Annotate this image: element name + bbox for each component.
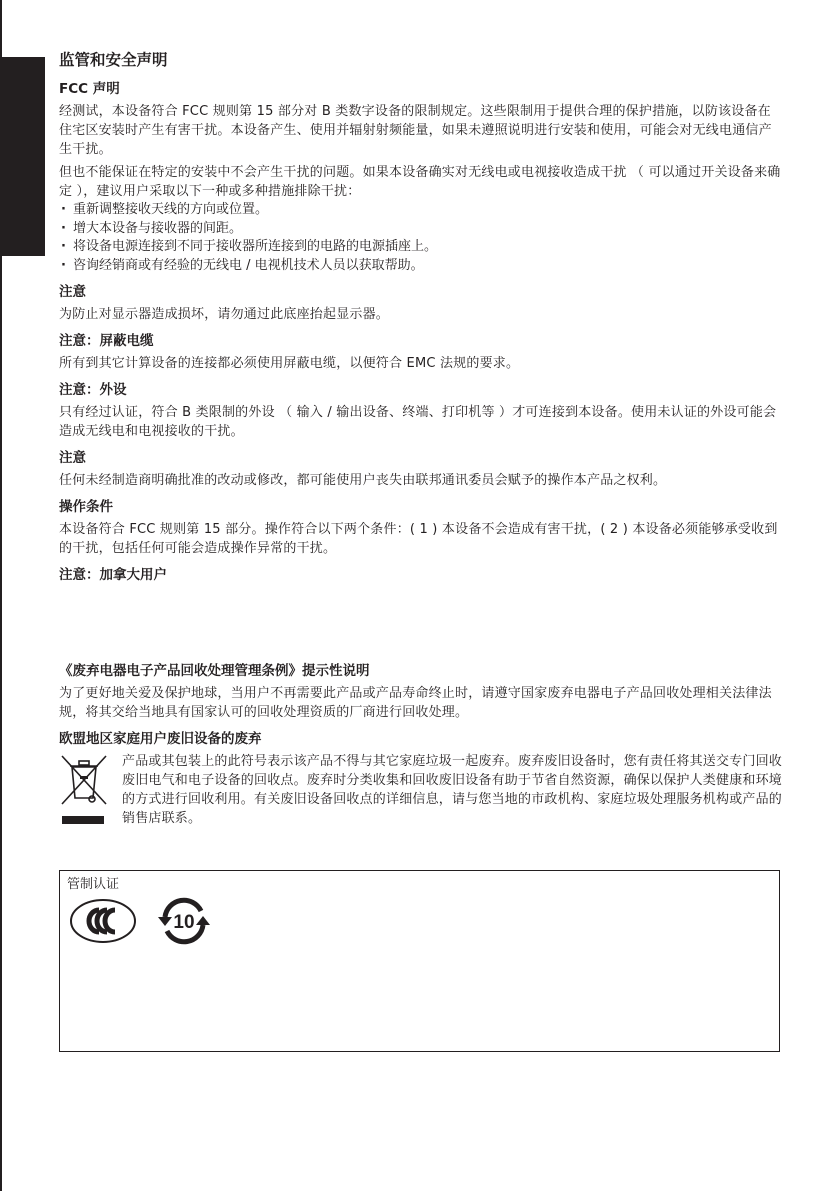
chapter-tab-marker <box>0 57 45 256</box>
section-heading-fcc: FCC 声明 <box>59 80 783 98</box>
crossed-out-wheelie-bin-icon <box>59 752 109 828</box>
fcc-paragraph-1: 经测试，本设备符合 FCC 规则第 15 部分对 B 类数字设备的限制规定。这些… <box>59 102 783 159</box>
section-heading-notice: 注意 <box>59 283 783 301</box>
list-item: 重新调整接收天线的方向或位置。 <box>59 201 783 220</box>
section-heading-notice-2: 注意 <box>59 449 783 467</box>
certification-logos: 10 <box>69 895 213 951</box>
section-heading-recycling: 《废弃电器电子产品回收处理管理条例》提示性说明 <box>59 662 783 680</box>
certification-box: 管制认证 10 <box>59 870 780 1052</box>
ccc-mark-icon <box>69 897 137 949</box>
modifications-paragraph: 任何未经制造商明确批准的改动或修改，都可能使用户丧失由联邦通讯委员会赋予的操作本… <box>59 471 783 490</box>
efup-10-icon: 10 <box>155 895 213 951</box>
peripherals-paragraph: 只有经过认证，符合 B 类限制的外设 （ 输入 / 输出设备、终端、打印机等 ）… <box>59 403 783 441</box>
section-heading-shielded-cables: 注意：屏蔽电缆 <box>59 332 783 350</box>
weee-paragraph: 产品或其包装上的此符号表示该产品不得与其它家庭垃圾一起废弃。废弃废旧设备时，您有… <box>122 752 783 828</box>
section-heading-peripherals: 注意：外设 <box>59 381 783 399</box>
list-item: 将设备电源连接到不同于接收器所连接到的电路的电源插座上。 <box>59 238 783 257</box>
section-heading-weee: 欧盟地区家庭用户废旧设备的废弃 <box>59 730 783 748</box>
certification-label: 管制认证 <box>67 873 119 892</box>
page-title: 监管和安全声明 <box>59 50 783 70</box>
fcc-paragraph-2: 但也不能保证在特定的安装中不会产生干扰的问题。如果本设备确实对无线电或电视接收造… <box>59 163 783 201</box>
section-heading-canada-users: 注意：加拿大用户 <box>59 566 783 584</box>
recycling-paragraph: 为了更好地关爱及保护地球，当用户不再需要此产品或产品寿命终止时，请遵守国家废弃电… <box>59 684 783 722</box>
list-item: 增大本设备与接收器的间距。 <box>59 220 783 239</box>
svg-text:10: 10 <box>173 912 194 933</box>
shielded-cables-paragraph: 所有到其它计算设备的连接都必须使用屏蔽电缆，以便符合 EMC 法规的要求。 <box>59 354 783 373</box>
section-heading-operating-conditions: 操作条件 <box>59 498 783 516</box>
weee-notice: 产品或其包装上的此符号表示该产品不得与其它家庭垃圾一起废弃。废弃废旧设备时，您有… <box>59 752 783 828</box>
fcc-measures-list: 重新调整接收天线的方向或位置。 增大本设备与接收器的间距。 将设备电源连接到不同… <box>59 201 783 275</box>
operating-conditions-paragraph: 本设备符合 FCC 规则第 15 部分。操作符合以下两个条件：( 1 ) 本设备… <box>59 520 783 558</box>
notice-paragraph: 为防止对显示器造成损坏，请勿通过此底座抬起显示器。 <box>59 305 783 324</box>
list-item: 咨询经销商或有经验的无线电 / 电视机技术人员以获取帮助。 <box>59 257 783 276</box>
document-body: 监管和安全声明 FCC 声明 经测试，本设备符合 FCC 规则第 15 部分对 … <box>59 50 783 828</box>
